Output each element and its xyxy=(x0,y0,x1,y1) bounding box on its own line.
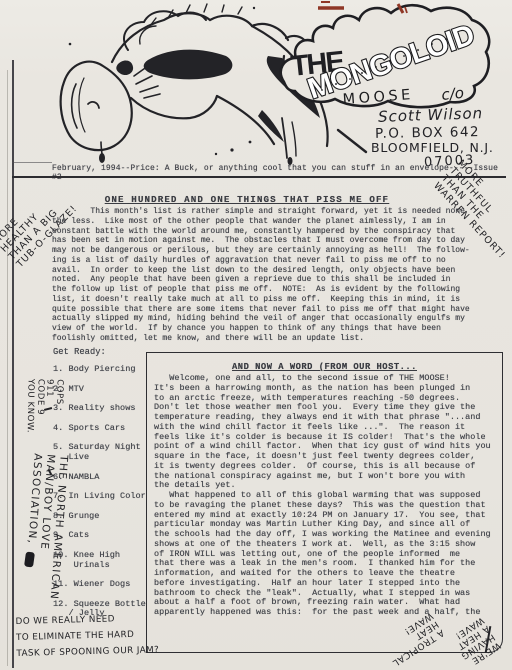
typed-line: the follow up list of people that piss m… xyxy=(52,285,476,295)
list-item: 4. Sports Cars xyxy=(53,424,146,434)
typed-line: the less. Like most of the other people … xyxy=(52,217,476,227)
get-ready-label: Get Ready: xyxy=(53,347,106,357)
heat-wave-phrase-2: A TROPICALHEATWAVE! xyxy=(379,610,445,668)
address-city: BLOOMFIELD, N.J. xyxy=(371,140,494,155)
typed-line: may not be dangerous or perilous, but th… xyxy=(52,246,476,256)
typed-line: This month's list is rather simple and s… xyxy=(52,207,476,217)
heat-wave-phrase-1: WE'REHAVINGA HEATWAVE! xyxy=(448,615,502,669)
typed-line: ing is a list of daily hurdles of aggrav… xyxy=(52,256,476,266)
article-title-wrap: ONE HUNDRED AND ONE THINGS THAT PISS ME … xyxy=(52,189,442,207)
typed-line: has been set in motion against me. The o… xyxy=(52,236,476,246)
margin-note-heat-wave: WE'REHAVINGA HEATWAVE! A TROPICALHEATWAV… xyxy=(296,590,494,662)
typed-line: list, it doesn't really take much at all… xyxy=(52,295,476,305)
address-name: Scott Wilson xyxy=(378,104,484,126)
handwritten-line: TASK OF SPOONING OUR JAM? xyxy=(16,642,166,662)
margin-note-jam: DO WE REALLY NEEDTO ELIMINATE THE HARDTA… xyxy=(15,610,166,662)
moose-head-shading xyxy=(69,7,320,165)
list-item: 8. Grunge xyxy=(53,512,146,522)
piss-off-list: 1. Body Piercing2. MTV3. Reality shows4.… xyxy=(53,365,146,629)
margin-note-cops: COPS911CODE 9YOU KNOW. xyxy=(24,379,63,452)
handwritten-line: COPS xyxy=(53,379,64,451)
typed-line: quite possible that there are some items… xyxy=(52,305,476,315)
host-box-body: Welcome, one and all, to the second issu… xyxy=(154,374,498,618)
list-item: 9. Cats xyxy=(53,531,146,541)
list-item: 1. Body Piercing xyxy=(53,365,146,375)
list-item: 10. Knee High Urinals xyxy=(53,551,146,570)
handwritten-line: CODE 9 xyxy=(34,379,45,451)
typed-line: constant battle with the world around me… xyxy=(52,227,476,237)
typed-line: avail. In order to keep the list down to… xyxy=(52,266,476,276)
header-dash xyxy=(12,162,52,163)
typed-line: actually slipped my mind, hiding behind … xyxy=(52,314,476,324)
host-box-title-wrap: AND NOW A WORD (FROM OUR HOST... xyxy=(147,356,502,374)
header-rule xyxy=(12,176,506,178)
zine-page: THE MONGOLOID MOOSE c/o Scott Wilson P.O… xyxy=(0,0,512,670)
article-title: ONE HUNDRED AND ONE THINGS THAT PISS ME … xyxy=(105,194,389,205)
typed-line: noted. Any people that have been given a… xyxy=(52,275,476,285)
typed-line: view of the world. If by chance you happ… xyxy=(52,324,476,334)
handwritten-line: YOU KNOW. xyxy=(24,379,35,451)
intro-paragraph: This month's list is rather simple and s… xyxy=(52,207,476,344)
typed-line: foolishly omitted, let me know, and ther… xyxy=(52,334,476,344)
list-item: 11. Wiener Dogs xyxy=(53,580,146,590)
masthead-co: c/o xyxy=(441,84,465,104)
list-item: 3. Reality shows xyxy=(53,404,146,414)
host-box-title: AND NOW A WORD (FROM OUR HOST... xyxy=(232,362,417,372)
list-item: 2. MTV xyxy=(53,385,146,395)
